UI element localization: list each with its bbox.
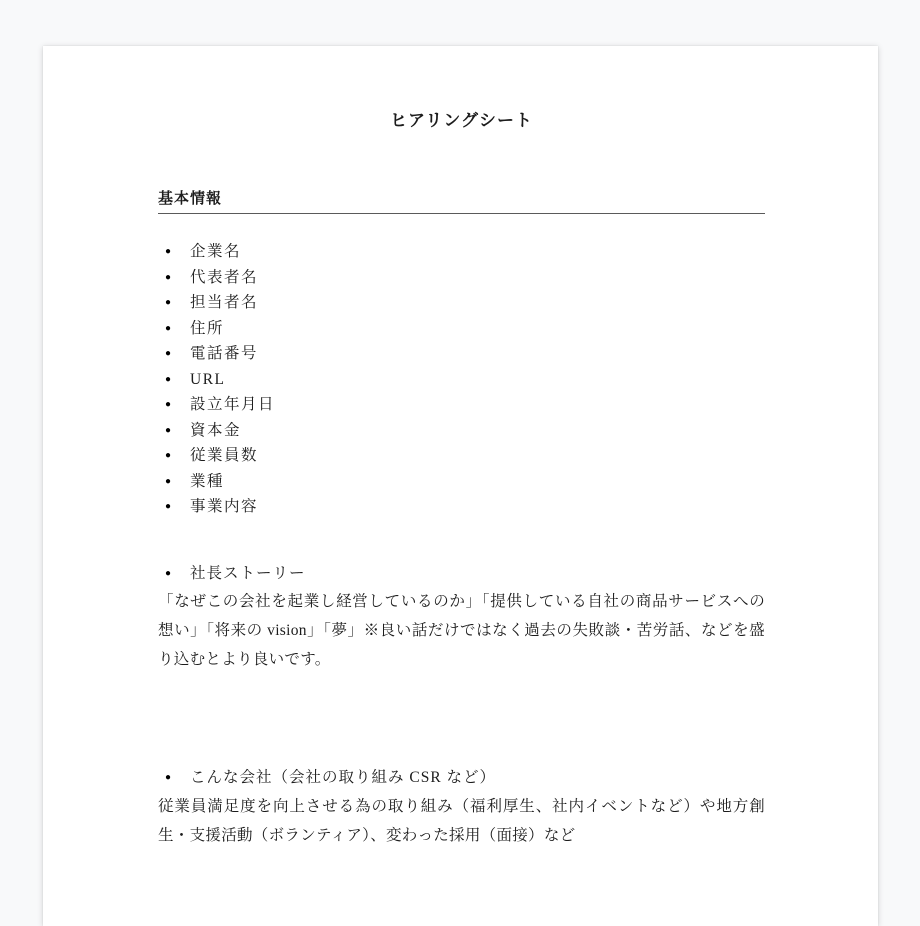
page-content: ヒアリングシート 基本情報 ●企業名 ●代表者名 ●担当者名 ●住所 ●電話番号… bbox=[43, 46, 878, 850]
list-item-label: 企業名 bbox=[190, 243, 241, 260]
list-item: ●代表者名 bbox=[158, 265, 765, 291]
bullet-icon: ● bbox=[165, 418, 171, 444]
bullet-icon: ● bbox=[165, 341, 171, 367]
list-item: ●従業員数 bbox=[158, 443, 765, 469]
block-heading: ●こんな会社（会社の取り組み CSR など） bbox=[158, 764, 765, 793]
bullet-icon: ● bbox=[165, 290, 171, 316]
document-page: ヒアリングシート 基本情報 ●企業名 ●代表者名 ●担当者名 ●住所 ●電話番号… bbox=[43, 46, 878, 910]
bullet-icon: ● bbox=[165, 316, 171, 342]
list-item-label: 従業員数 bbox=[190, 447, 258, 464]
list-item-label: URL bbox=[190, 371, 226, 388]
basic-info-list: ●企業名 ●代表者名 ●担当者名 ●住所 ●電話番号 ●URL ●設立年月日 ●… bbox=[158, 239, 765, 520]
list-item: ●資本金 bbox=[158, 418, 765, 444]
section-heading-rule: 基本情報 bbox=[158, 190, 765, 214]
block-heading: ●社長ストーリー bbox=[158, 560, 765, 589]
list-item-label: 設立年月日 bbox=[190, 396, 275, 413]
list-item-label: 業種 bbox=[190, 473, 224, 490]
bullet-icon: ● bbox=[165, 239, 171, 265]
bullet-icon: ● bbox=[165, 560, 171, 589]
list-item: ●事業内容 bbox=[158, 494, 765, 520]
president-story-block: ●社長ストーリー 「なぜこの会社を起業し経営しているのか」「提供している自社の商… bbox=[158, 560, 765, 675]
list-item-label: 代表者名 bbox=[190, 269, 258, 286]
list-item: ●設立年月日 bbox=[158, 392, 765, 418]
list-item: ●担当者名 bbox=[158, 290, 765, 316]
bullet-icon: ● bbox=[165, 367, 171, 393]
list-item: ●業種 bbox=[158, 469, 765, 495]
list-item-label: 事業内容 bbox=[190, 498, 258, 515]
list-item-label: 住所 bbox=[190, 320, 224, 337]
list-item-label: 資本金 bbox=[190, 422, 241, 439]
block-heading-label: こんな会社（会社の取り組み CSR など） bbox=[190, 769, 496, 786]
bullet-icon: ● bbox=[165, 469, 171, 495]
list-item-label: 担当者名 bbox=[190, 294, 258, 311]
block-heading-label: 社長ストーリー bbox=[190, 565, 306, 582]
block-body-text: 従業員満足度を向上させる為の取り組み（福利厚生、社内イベントなど）や地方創生・支… bbox=[158, 793, 765, 850]
bullet-icon: ● bbox=[165, 392, 171, 418]
list-item: ●電話番号 bbox=[158, 341, 765, 367]
bullet-icon: ● bbox=[165, 443, 171, 469]
list-item: ●URL bbox=[158, 367, 765, 393]
block-body-text: 「なぜこの会社を起業し経営しているのか」「提供している自社の商品サービスへの想い… bbox=[158, 588, 765, 674]
section-heading: 基本情報 bbox=[158, 190, 765, 207]
document-title: ヒアリングシート bbox=[158, 108, 765, 134]
list-item-label: 電話番号 bbox=[190, 345, 258, 362]
bullet-icon: ● bbox=[165, 265, 171, 291]
bullet-icon: ● bbox=[165, 494, 171, 520]
bullet-icon: ● bbox=[165, 764, 171, 793]
company-profile-block: ●こんな会社（会社の取り組み CSR など） 従業員満足度を向上させる為の取り組… bbox=[158, 764, 765, 850]
list-item: ●企業名 bbox=[158, 239, 765, 265]
list-item: ●住所 bbox=[158, 316, 765, 342]
